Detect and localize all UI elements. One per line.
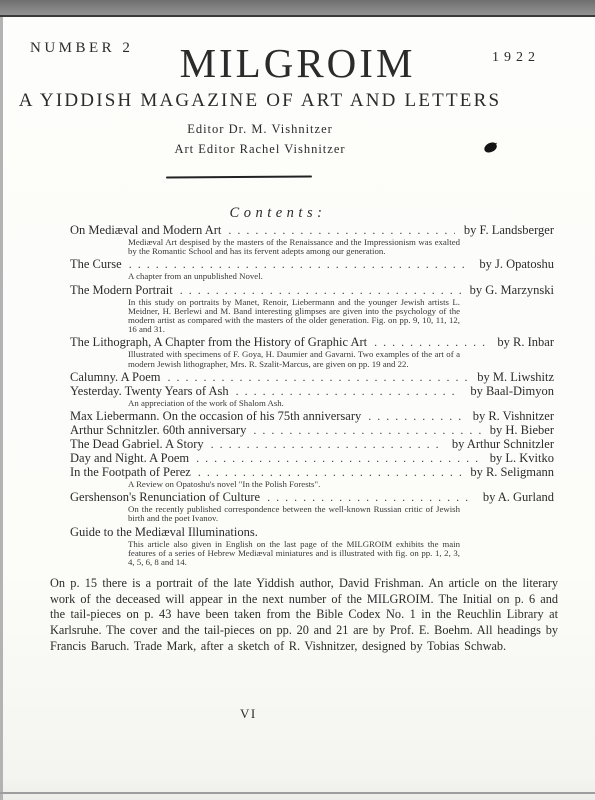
- contents-item-title: Yesterday. Twenty Years of Ash: [70, 385, 229, 398]
- contents-item-author: by R. Inbar: [497, 336, 554, 349]
- contents-item-title: Max Liebermann. On the occasion of his 7…: [70, 410, 361, 423]
- contents-item-title: Calumny. A Poem: [70, 371, 161, 384]
- contents-row: The Modern Portrait by G. Marzynski: [70, 284, 554, 297]
- art-editor-credit: Art Editor Rachel Vishnitzer: [0, 142, 520, 157]
- contents-row: Gershenson's Renunciation of Culture by …: [70, 491, 554, 504]
- contents-item-note: On the recently published correspondence…: [128, 505, 460, 523]
- contents-item-author: by F. Landsberger: [464, 224, 554, 237]
- contents-row: Yesterday. Twenty Years of Ash by Baal-D…: [70, 385, 554, 398]
- contents-item-author: by R. Seligmann: [470, 466, 554, 479]
- scanned-magazine-page: { "colors": { "paper": "#fdfdfb", "ink":…: [0, 0, 595, 800]
- dotted-leader: [374, 336, 488, 348]
- contents-item-note: A Review on Opatoshu's novel "In the Pol…: [128, 480, 460, 489]
- contents-list: On Mediæval and Modern Art by F. Landsbe…: [70, 224, 554, 569]
- dotted-leader: [267, 491, 474, 503]
- dotted-leader: [228, 224, 455, 236]
- dotted-leader: [211, 438, 443, 450]
- contents-item-author: by G. Marzynski: [470, 284, 554, 297]
- dotted-leader: [368, 410, 463, 422]
- contents-row: The Lithograph, A Chapter from the Histo…: [70, 336, 554, 349]
- dotted-leader: [253, 424, 480, 436]
- contents-item-author: by M. Liwshitz: [477, 371, 554, 384]
- dotted-leader: [196, 452, 481, 464]
- dotted-leader: [168, 371, 469, 383]
- contents-item-author: by J. Opatoshu: [479, 258, 554, 271]
- magazine-title: MILGROIM: [0, 42, 595, 84]
- contents-item-author: by R. Vishnitzer: [473, 410, 554, 423]
- contents-item-title: In the Footpath of Perez: [70, 466, 191, 479]
- contents-item-author: by Arthur Schnitzler: [452, 438, 554, 451]
- contents-item-note: This article also given in English on th…: [128, 540, 460, 568]
- contents-item-title: The Curse: [70, 258, 122, 271]
- page-number: VI: [240, 706, 257, 722]
- contents-row: On Mediæval and Modern Art by F. Landsbe…: [70, 224, 554, 237]
- contents-row: Arthur Schnitzler. 60th anniversary by H…: [70, 424, 554, 437]
- contents-item-note: In this study on portraits by Manet, Ren…: [128, 298, 460, 335]
- contents-row: Day and Night. A Poem by L. Kvitko: [70, 452, 554, 465]
- contents-item-title: Gershenson's Renunciation of Culture: [70, 491, 260, 504]
- contents-item-title: Arthur Schnitzler. 60th anniversary: [70, 424, 246, 437]
- contents-item-note: Illustrated with specimens of F. Goya, H…: [128, 350, 460, 368]
- contents-row: The Curse by J. Opatoshu: [70, 258, 554, 271]
- dotted-leader: [180, 284, 461, 296]
- contents-item-title: The Lithograph, A Chapter from the Histo…: [70, 336, 367, 349]
- contents-item-title: Day and Night. A Poem: [70, 452, 189, 465]
- page-bottom-edge: [0, 792, 595, 794]
- contents-item-author: by A. Gurland: [483, 491, 554, 504]
- contents-item-note: A chapter from an unpublished Novel.: [128, 272, 460, 281]
- scanner-band: [0, 0, 595, 17]
- contents-item-title: On Mediæval and Modern Art: [70, 224, 221, 237]
- contents-row: The Dead Gabriel. A Story by Arthur Schn…: [70, 438, 554, 451]
- contents-row: Calumny. A Poem by M. Liwshitz: [70, 371, 554, 384]
- contents-item-note: An appreciation of the work of Shalom As…: [128, 399, 460, 408]
- dotted-leader: [198, 466, 462, 478]
- contents-item-title: Guide to the Mediæval Illuminations.: [70, 526, 258, 539]
- contents-row: Guide to the Mediæval Illuminations.: [70, 526, 554, 539]
- contents-heading: Contents:: [0, 205, 556, 222]
- contents-row: Max Liebermann. On the occasion of his 7…: [70, 410, 554, 423]
- closing-note-paragraph: On p. 15 there is a portrait of the late…: [50, 576, 558, 655]
- contents-item-author: by L. Kvitko: [490, 452, 554, 465]
- magazine-subtitle: A YIDDISH MAGAZINE OF ART AND LETTERS: [0, 90, 520, 112]
- dotted-leader: [236, 385, 462, 397]
- contents-row: In the Footpath of Perez by R. Seligmann: [70, 466, 554, 479]
- contents-item-title: The Dead Gabriel. A Story: [70, 438, 204, 451]
- contents-item-note: Mediæval Art despised by the masters of …: [128, 238, 460, 256]
- dotted-leader: [129, 258, 471, 270]
- editor-credit: Editor Dr. M. Vishnitzer: [0, 122, 520, 137]
- contents-item-author: by Baal-Dimyon: [470, 385, 554, 398]
- contents-item-author: by H. Bieber: [490, 424, 554, 437]
- contents-item-title: The Modern Portrait: [70, 284, 173, 297]
